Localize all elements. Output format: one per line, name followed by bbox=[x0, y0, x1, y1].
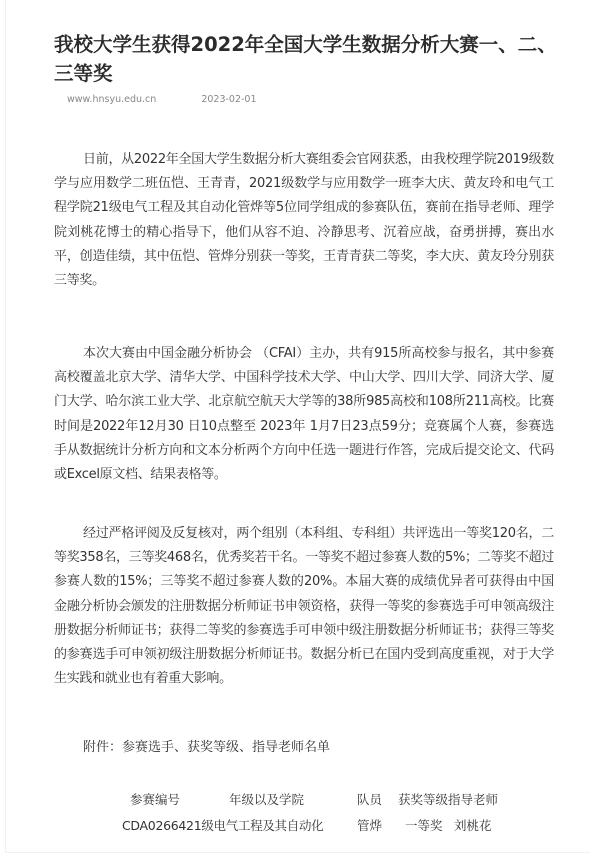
paragraph-1-block: 日前，从2022年全国大学生数据分析大赛组委会官网获悉，由我校理学院2019级数… bbox=[54, 148, 554, 293]
article-page: 我校大学生获得2022年全国大学生数据分析大赛一、二、三等奖 www.hnsyu… bbox=[5, 0, 590, 853]
article-date: 2023-02-01 bbox=[201, 94, 256, 105]
paragraph: 本次大赛由中国金融分析协会 （CFAI）主办，共有915所高校参与报名，其中参赛… bbox=[54, 342, 554, 487]
cell-id-college: CDA0266421级电气工程及其自动化 bbox=[122, 816, 323, 834]
table-row: CDA0266421级电气工程及其自动化 管烨 一等奖 刘桃花 bbox=[54, 816, 554, 842]
paragraph: 经过严格评阅及反复核对，两个组别（本科组、专科组）共评选出一等奖120名，二等奖… bbox=[54, 522, 554, 691]
cell-advisor: 刘桃花 bbox=[454, 816, 492, 834]
cell-award: 一等奖 bbox=[405, 816, 443, 834]
header-cell-member: 队员 bbox=[357, 790, 382, 808]
table-header-row: 参赛编号 年级以及学院 队员 获奖等级指导老师 bbox=[54, 790, 554, 816]
award-table: 参赛编号 年级以及学院 队员 获奖等级指导老师 CDA0266421级电气工程及… bbox=[54, 790, 554, 842]
header-cell-award-advisor: 获奖等级指导老师 bbox=[398, 790, 498, 808]
paragraph-2-block: 本次大赛由中国金融分析协会 （CFAI）主办，共有915所高校参与报名，其中参赛… bbox=[54, 342, 554, 487]
cell-member: 管烨 bbox=[357, 816, 382, 834]
paragraph-3-block: 经过严格评阅及反复核对，两个组别（本科组、专科组）共评选出一等奖120名，二等奖… bbox=[54, 522, 554, 691]
article-title: 我校大学生获得2022年全国大学生数据分析大赛一、二、三等奖 bbox=[54, 30, 564, 88]
attachment-label: 附件：参赛选手、获奖等级、指导老师名单 bbox=[83, 736, 330, 755]
header-cell-college: 年级以及学院 bbox=[229, 790, 304, 808]
article-meta: www.hnsyu.edu.cn 2023-02-01 bbox=[67, 94, 257, 105]
paragraph: 日前，从2022年全国大学生数据分析大赛组委会官网获悉，由我校理学院2019级数… bbox=[54, 148, 554, 293]
article-source: www.hnsyu.edu.cn bbox=[67, 94, 156, 105]
header-cell-id: 参赛编号 bbox=[130, 790, 180, 808]
